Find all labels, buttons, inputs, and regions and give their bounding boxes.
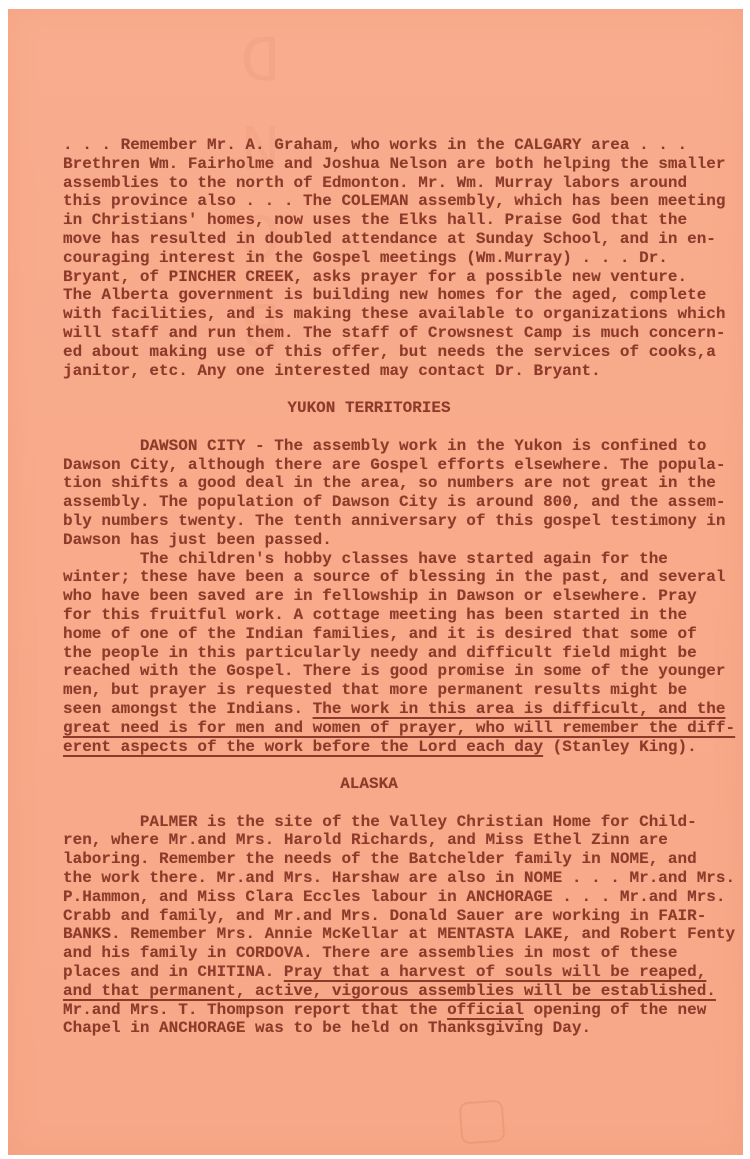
text-segment: reached with the Gospel. There is good p… <box>63 662 726 680</box>
underlined-text: official <box>447 1001 524 1019</box>
text-line: and his family in CORDOVA. There are ass… <box>63 944 745 963</box>
text-segment: in Christians' homes, now uses the Elks … <box>63 211 687 229</box>
text-line: tion shifts a good deal in the area, so … <box>63 474 745 493</box>
text-line: . . . Remember Mr. A. Graham, who works … <box>63 136 745 155</box>
text-line: will staff and run them. The staff of Cr… <box>63 324 745 343</box>
text-segment: The Alberta government is building new h… <box>63 286 706 304</box>
text-line: BANKS. Remember Mrs. Annie McKellar at M… <box>63 925 745 944</box>
underlined-text: The work in this area is difficult, and … <box>313 700 726 718</box>
text-segment: ed about making use of this offer, but n… <box>63 343 716 361</box>
heading-yukon-territories: YUKON TERRITORIES <box>63 399 675 418</box>
text-segment: PALMER is the site of the Valley Christi… <box>63 813 697 831</box>
heading-alaska: ALASKA <box>63 775 675 794</box>
text-line: The children's hobby classes have starte… <box>63 550 745 569</box>
text-line: Brethren Wm. Fairholme and Joshua Nelson… <box>63 155 745 174</box>
text-segment: The children's hobby classes have starte… <box>63 550 668 568</box>
text-line: the work there. Mr.and Mrs. Harshaw are … <box>63 869 745 888</box>
text-line: who have been saved are in fellowship in… <box>63 587 745 606</box>
text-segment: seen amongst the Indians. <box>63 700 313 718</box>
text-line: Dawson City, although there are Gospel e… <box>63 456 745 475</box>
text-line: ren, where Mr.and Mrs. Harold Richards, … <box>63 831 745 850</box>
text-line: Dawson has just been passed. <box>63 531 745 550</box>
dawson-city-paragraph: DAWSON CITY - The assembly work in the Y… <box>63 437 745 550</box>
text-line: Mr.and Mrs. T. Thompson report that the … <box>63 1001 745 1020</box>
text-segment: ren, where Mr.and Mrs. Harold Richards, … <box>63 831 668 849</box>
text-line: seen amongst the Indians. The work in th… <box>63 700 745 719</box>
text-segment: places and in CHITINA. <box>63 963 284 981</box>
text-line: home of one of the Indian families, and … <box>63 625 745 644</box>
document-text: . . . Remember Mr. A. Graham, who works … <box>63 136 745 1038</box>
text-segment: the work there. Mr.and Mrs. Harshaw are … <box>63 869 735 887</box>
text-segment: bly numbers twenty. The tenth anniversar… <box>63 512 726 530</box>
text-segment: who have been saved are in fellowship in… <box>63 587 697 605</box>
text-segment: Chapel in ANCHORAGE was to be held on Th… <box>63 1019 591 1037</box>
text-segment: move has resulted in doubled attendance … <box>63 230 716 248</box>
text-segment: for this fruitful work. A cottage meetin… <box>63 606 687 624</box>
text-segment: with facilities, and is making these ava… <box>63 305 726 323</box>
text-line: assembly. The population of Dawson City … <box>63 493 745 512</box>
text-segment: BANKS. Remember Mrs. Annie McKellar at M… <box>63 925 735 943</box>
text-line: great need is for men and women of praye… <box>63 719 745 738</box>
text-segment: assembly. The population of Dawson City … <box>63 493 726 511</box>
text-line: erent aspects of the work before the Lor… <box>63 738 745 757</box>
scanned-page-frame: BOND . . . Remember Mr. A. Graham, who w… <box>0 0 750 1159</box>
text-line: bly numbers twenty. The tenth anniversar… <box>63 512 745 531</box>
text-line: Crabb and family, and Mr.and Mrs. Donald… <box>63 907 745 926</box>
text-segment: P.Hammon, and Miss Clara Eccles labour i… <box>63 888 726 906</box>
text-segment: winter; these have been a source of bles… <box>63 568 726 586</box>
text-line: Bryant, of PINCHER CREEK, asks prayer fo… <box>63 268 745 287</box>
text-segment: home of one of the Indian families, and … <box>63 625 697 643</box>
text-segment: Mr.and Mrs. T. Thompson report that the <box>63 1001 447 1019</box>
text-line: places and in CHITINA. Pray that a harve… <box>63 963 745 982</box>
text-line: winter; these have been a source of bles… <box>63 568 745 587</box>
underlined-text: Pray that a harvest of souls will be rea… <box>284 963 706 981</box>
text-line: ed about making use of this offer, but n… <box>63 343 745 362</box>
text-line: Chapel in ANCHORAGE was to be held on Th… <box>63 1019 745 1038</box>
text-segment: men, but prayer is requested that more p… <box>63 681 687 699</box>
text-line: for this fruitful work. A cottage meetin… <box>63 606 745 625</box>
text-line: janitor, etc. Any one interested may con… <box>63 362 745 381</box>
text-segment: tion shifts a good deal in the area, so … <box>63 474 716 492</box>
text-line: the people in this particularly needy an… <box>63 644 745 663</box>
underlined-text: and that permanent, active, vigorous ass… <box>63 982 716 1000</box>
text-segment: and his family in CORDOVA. There are ass… <box>63 944 678 962</box>
newsletter-paper: BOND . . . Remember Mr. A. Graham, who w… <box>8 9 743 1155</box>
text-line: DAWSON CITY - The assembly work in the Y… <box>63 437 745 456</box>
text-segment: couraging interest in the Gospel meeting… <box>63 249 668 267</box>
text-segment: the people in this particularly needy an… <box>63 644 697 662</box>
embossed-mark <box>459 1100 506 1145</box>
text-line: move has resulted in doubled attendance … <box>63 230 745 249</box>
text-segment: Bryant, of PINCHER CREEK, asks prayer fo… <box>63 268 687 286</box>
text-segment: this province also . . . The COLEMAN ass… <box>63 192 726 210</box>
text-line: this province also . . . The COLEMAN ass… <box>63 192 745 211</box>
hobby-classes-paragraph: The children's hobby classes have starte… <box>63 550 745 757</box>
text-line: men, but prayer is requested that more p… <box>63 681 745 700</box>
text-segment: DAWSON CITY - The assembly work in the Y… <box>63 437 706 455</box>
text-line: PALMER is the site of the Valley Christi… <box>63 813 745 832</box>
alaska-paragraph: PALMER is the site of the Valley Christi… <box>63 813 745 1039</box>
underlined-text: great need is for men and women of praye… <box>63 719 735 737</box>
text-line: assemblies to the north of Edmonton. Mr.… <box>63 174 745 193</box>
text-segment: (Stanley King). <box>543 738 697 756</box>
text-line: couraging interest in the Gospel meeting… <box>63 249 745 268</box>
text-segment: assemblies to the north of Edmonton. Mr.… <box>63 174 687 192</box>
text-segment: Crabb and family, and Mr.and Mrs. Donald… <box>63 907 706 925</box>
alberta-paragraph: . . . Remember Mr. A. Graham, who works … <box>63 136 745 380</box>
text-line: in Christians' homes, now uses the Elks … <box>63 211 745 230</box>
text-segment: Dawson City, although there are Gospel e… <box>63 456 726 474</box>
text-segment: opening of the new <box>524 1001 706 1019</box>
text-segment: Brethren Wm. Fairholme and Joshua Nelson… <box>63 155 726 173</box>
text-line: The Alberta government is building new h… <box>63 286 745 305</box>
text-line: P.Hammon, and Miss Clara Eccles labour i… <box>63 888 745 907</box>
text-segment: Dawson has just been passed. <box>63 531 332 549</box>
text-line: reached with the Gospel. There is good p… <box>63 662 745 681</box>
text-segment: laboring. Remember the needs of the Batc… <box>63 850 697 868</box>
text-segment: . . . Remember Mr. A. Graham, who works … <box>63 136 687 154</box>
underlined-text: erent aspects of the work before the Lor… <box>63 738 543 756</box>
text-segment: janitor, etc. Any one interested may con… <box>63 362 601 380</box>
text-segment: will staff and run them. The staff of Cr… <box>63 324 726 342</box>
text-line: laboring. Remember the needs of the Batc… <box>63 850 745 869</box>
text-line: and that permanent, active, vigorous ass… <box>63 982 745 1001</box>
text-line: with facilities, and is making these ava… <box>63 305 745 324</box>
